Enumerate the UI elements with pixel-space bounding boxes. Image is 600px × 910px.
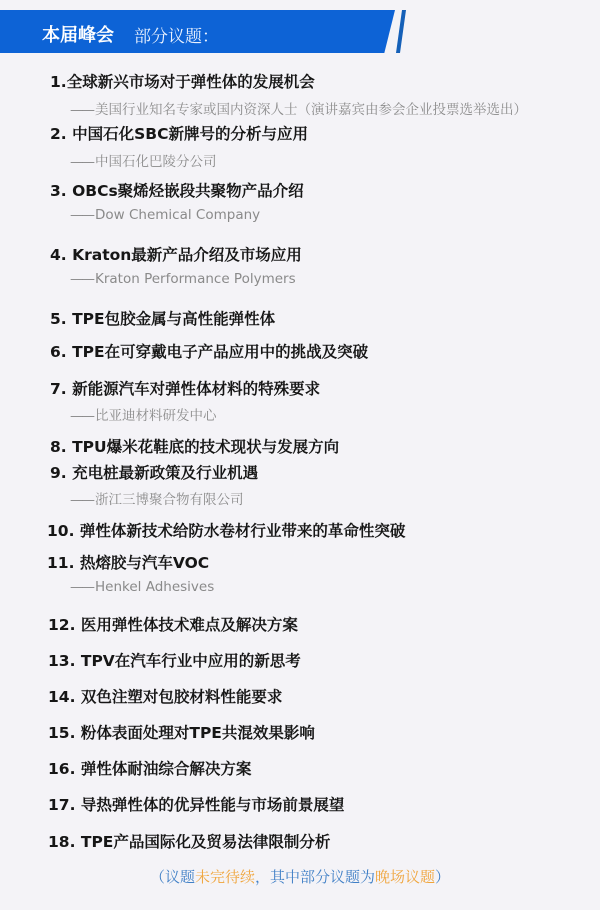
topic-title: 热熔胶与汽车VOC	[80, 554, 209, 572]
topic-title: TPE产品国际化及贸易法律限制分析	[81, 833, 331, 851]
topic-speaker: ——比亚迪材料研发中心	[70, 404, 217, 424]
topic-title: 导热弹性体的优异性能与市场前景展望	[81, 796, 345, 814]
topic-number: 12.	[48, 616, 75, 634]
topic-number: 17.	[48, 796, 75, 814]
topic-item: 3. OBCs聚烯烃嵌段共聚物产品介绍	[50, 179, 600, 201]
topic-item: 12. 医用弹性体技术难点及解决方案	[48, 613, 600, 635]
topic-item: 14. 双色注塑对包胶材料性能要求	[48, 685, 600, 707]
topic-number: 5.	[50, 310, 67, 328]
header-title: 本届峰会	[42, 21, 114, 47]
topic-item: 18. TPE产品国际化及贸易法律限制分析	[48, 830, 600, 852]
topic-number: 16.	[48, 760, 75, 778]
topic-item: 7. 新能源汽车对弹性体材料的特殊要求	[50, 377, 600, 399]
topic-title: TPE包胶金属与高性能弹性体	[72, 310, 275, 328]
topic-number: 7.	[50, 380, 67, 398]
topic-title: 中国石化SBC新牌号的分析与应用	[72, 125, 308, 143]
topic-item: 4. Kraton最新产品介绍及市场应用	[50, 243, 600, 265]
topic-number: 8.	[50, 438, 67, 456]
topic-title: 弹性体耐油综合解决方案	[81, 760, 252, 778]
topic-speaker: ——Henkel Adhesives	[70, 579, 214, 595]
topic-title: 全球新兴市场对于弹性体的发展机会	[67, 73, 315, 91]
topic-speaker: ——Dow Chemical Company	[70, 207, 260, 223]
topic-title: 粉体表面处理对TPE共混效果影响	[81, 724, 315, 742]
topic-number: 1.	[50, 73, 67, 91]
topic-title: 双色注塑对包胶材料性能要求	[81, 688, 283, 706]
topic-title: TPU爆米花鞋底的技术现状与发展方向	[72, 438, 339, 456]
topic-title: Kraton最新产品介绍及市场应用	[72, 246, 302, 264]
footer-highlight-tbc: 未完待续	[195, 868, 255, 886]
topic-speaker: ——浙江三博聚合物有限公司	[70, 488, 244, 508]
topic-item: 9. 充电桩最新政策及行业机遇	[50, 461, 600, 483]
topic-number: 2.	[50, 125, 67, 143]
topic-speaker: ——Kraton Performance Polymers	[70, 271, 296, 287]
topic-title: 弹性体新技术给防水卷材行业带来的革命性突破	[80, 522, 406, 540]
topic-number: 11.	[47, 554, 74, 572]
topic-number: 13.	[48, 652, 75, 670]
topic-number: 10.	[47, 522, 74, 540]
topic-item: 8. TPU爆米花鞋底的技术现状与发展方向	[50, 435, 600, 457]
topic-item: 5. TPE包胶金属与高性能弹性体	[50, 307, 600, 329]
footer-highlight-evening: 晚场议题	[375, 868, 435, 886]
topic-item: 15. 粉体表面处理对TPE共混效果影响	[48, 721, 600, 743]
topic-speaker: ——美国行业知名专家或国内资深人士（演讲嘉宾由参会企业投票选举选出）	[70, 98, 527, 118]
topic-item: 10. 弹性体新技术给防水卷材行业带来的革命性突破	[47, 519, 600, 541]
topic-number: 9.	[50, 464, 67, 482]
topic-number: 4.	[50, 246, 67, 264]
topic-title: 医用弹性体技术难点及解决方案	[81, 616, 298, 634]
topic-item: 13. TPV在汽车行业中应用的新思考	[48, 649, 600, 671]
topic-number: 6.	[50, 343, 67, 361]
topic-title: TPE在可穿戴电子产品应用中的挑战及突破	[72, 343, 368, 361]
topic-item: 6. TPE在可穿戴电子产品应用中的挑战及突破	[50, 340, 600, 362]
header-slash-decoration	[396, 10, 406, 53]
topic-number: 15.	[48, 724, 75, 742]
topic-title: OBCs聚烯烃嵌段共聚物产品介绍	[72, 182, 304, 200]
topic-item: 2. 中国石化SBC新牌号的分析与应用	[50, 122, 600, 144]
topic-title: 新能源汽车对弹性体材料的特殊要求	[72, 380, 320, 398]
header-subtitle: 部分议题：	[134, 22, 219, 47]
topic-number: 18.	[48, 833, 75, 851]
topic-speaker: ——中国石化巴陵分公司	[70, 150, 217, 170]
topic-number: 14.	[48, 688, 75, 706]
topic-item: 16. 弹性体耐油综合解决方案	[48, 757, 600, 779]
topic-number: 3.	[50, 182, 67, 200]
topic-item: 11. 热熔胶与汽车VOC	[47, 551, 600, 573]
footer-note: （议题未完待续，其中部分议题为晚场议题）	[0, 866, 600, 887]
topic-item: 17. 导热弹性体的优异性能与市场前景展望	[48, 793, 600, 815]
topic-title: 充电桩最新政策及行业机遇	[72, 464, 258, 482]
topic-item: 1.全球新兴市场对于弹性体的发展机会	[50, 70, 600, 92]
topic-title: TPV在汽车行业中应用的新思考	[81, 652, 301, 670]
